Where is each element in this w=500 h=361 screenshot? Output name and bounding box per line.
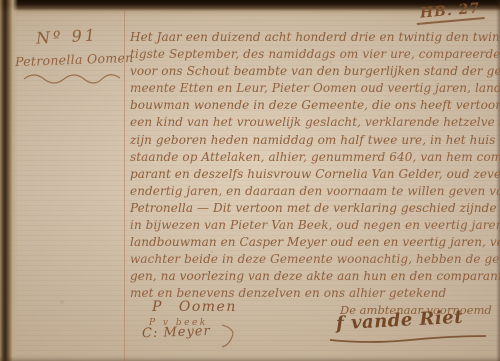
manuscript-line: Het Jaar een duizend acht honderd drie e… [130, 29, 498, 46]
manuscript-page: HB. 27 Nº 91 Petronella Oomen Het Jaar e… [0, 0, 500, 361]
manuscript-line: tigste September, des namiddags om vier … [130, 46, 498, 63]
manuscript-line: parant en deszelfs huisvrouw Cornelia Va… [130, 166, 498, 183]
manuscript-line: wachter beide in deze Gemeente woonachti… [130, 251, 498, 268]
signature-witness-2: C: Meyer [142, 324, 211, 341]
manuscript-line: bouwman wonende in deze Gemeente, die on… [130, 97, 498, 114]
manuscript-line: landbouwman en Casper Meyer oud een en v… [130, 234, 498, 251]
signature-declarant: P Oomen [152, 299, 237, 315]
act-number: Nº 91 [36, 25, 99, 47]
signature-flourish-icon [218, 323, 240, 349]
page-bottom-edge [0, 356, 500, 361]
manuscript-line: staande op Attelaken, alhier, genummerd … [130, 149, 498, 166]
manuscript-line: een kind van het vrouwelijk geslacht, ve… [130, 114, 498, 131]
manuscript-line: meente Etten en Leur, Pieter Oomen oud v… [130, 80, 498, 97]
signature-underline-icon [328, 331, 488, 343]
manuscript-line: gen, na voorlezing van deze akte aan hun… [130, 268, 498, 285]
manuscript-line: voor ons Schout beambte van den burgerli… [130, 63, 498, 80]
flourish-underline-icon [22, 71, 122, 85]
manuscript-line: in bijwezen van Pieter Van Beek, oud neg… [130, 217, 498, 234]
act-body: Het Jaar een duizend acht honderd drie e… [130, 29, 498, 303]
margin-name: Petronella Oomen [15, 50, 134, 69]
manuscript-line: zijn geboren heden namiddag om half twee… [130, 132, 498, 149]
manuscript-line: endertig jaren, en daaraan den voornaam … [130, 183, 498, 200]
manuscript-line: Petronella — Dit vertoon met de verklari… [130, 200, 498, 217]
